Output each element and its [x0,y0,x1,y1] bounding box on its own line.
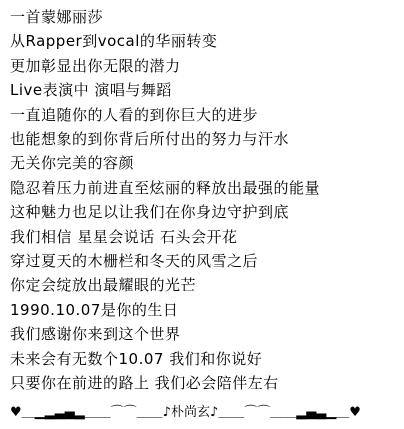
poem-line: 无关你完美的容颜 [10,151,404,175]
poem-line: 只要你在前进的路上 我们必会陪伴左右 [10,371,404,395]
poem-line: 未来会有无数个10.07 我们和你说好 [10,347,404,371]
fan-message-page: 一首蒙娜丽莎 从Rapper到vocal的华丽转变 更加彰显出你无限的潜力 Li… [0,0,404,429]
poem-line: 一首蒙娜丽莎 [10,5,404,29]
poem-line: 一直追随你的人看的到你巨大的进步 [10,103,404,127]
poem-line: 隐忍着压力前进直至炫丽的释放出最强的能量 [10,176,404,200]
poem-line: 也能想象的到你背后所付出的努力与汗水 [10,127,404,151]
signature-decoration-line: ♥＿▁▂▃▄▂＿＿⌒⌒＿＿♪朴尚玄♪＿＿⌒⌒＿＿▂▄▃▁＿♥ [0,403,404,423]
poem-line: 我们感谢你来到这个世界 [10,322,404,346]
poem-line: 我们相信 星星会说话 石头会开花 [10,225,404,249]
poem-line: 1990.10.07是你的生日 [10,298,404,322]
poem-line: Live表演中 演唱与舞蹈 [10,78,404,102]
poem-line: 这种魅力也足以让我们在你身边守护到底 [10,200,404,224]
poem-body: 一首蒙娜丽莎 从Rapper到vocal的华丽转变 更加彰显出你无限的潜力 Li… [0,0,404,396]
poem-line: 从Rapper到vocal的华丽转变 [10,29,404,53]
poem-line: 更加彰显出你无限的潜力 [10,54,404,78]
poem-line: 你定会绽放出最耀眼的光芒 [10,273,404,297]
poem-line: 穿过夏天的木栅栏和冬天的风雪之后 [10,249,404,273]
